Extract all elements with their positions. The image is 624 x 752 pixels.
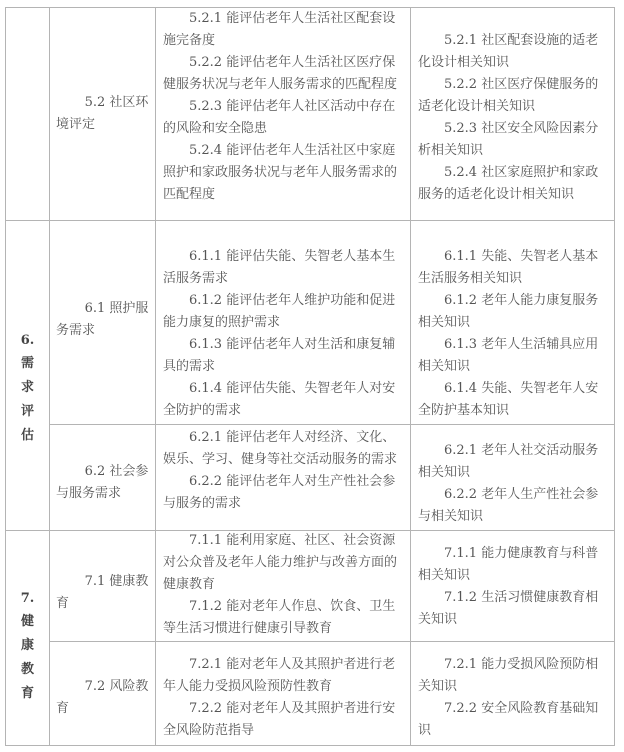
skill-item: 6.1.1 能评估失能、失智老人基本生活服务需求 [163, 246, 405, 290]
knowledge-item: 7.1.1 能力健康教育与科普相关知识 [418, 543, 610, 587]
knowledge-item: 6.1.3 老年人生活辅具应用相关知识 [418, 334, 610, 378]
knowledge-cell: 7.2.1 能力受损风险预防相关知识 7.2.2 安全风险教育基础知识 [413, 654, 615, 742]
skill-cell: 7.1.1 能利用家庭、社区、社会资源对公众普及老年人能力维护与改善方面的健康教… [158, 530, 410, 640]
subcategory-cell: 6.2 社会参与服务需求 [52, 461, 155, 505]
subcategory-label: 6.1 照护服务需求 [56, 298, 151, 342]
subcategory-cell: 5.2 社区环境评定 [52, 92, 155, 136]
subcategory-label: 5.2 社区环境评定 [56, 92, 151, 136]
column-divider [410, 8, 411, 745]
category-char: 健 [6, 610, 49, 634]
subcategory-label: 7.1 健康教育 [56, 571, 151, 615]
skill-item: 5.2.1 能评估老年人生活社区配套设施完备度 [163, 8, 405, 52]
knowledge-item: 6.1.2 老年人能力康复服务相关知识 [418, 290, 610, 334]
column-divider [155, 8, 156, 745]
competency-table: 5.2 社区环境评定 5.2.1 能评估老年人生活社区配套设施完备度 5.2.2… [5, 7, 615, 746]
row-divider [6, 220, 614, 221]
skill-item: 6.1.2 能评估老年人维护功能和促进能力康复的照护需求 [163, 290, 405, 334]
row-divider [49, 424, 614, 425]
category-char: 教 [6, 658, 49, 682]
skill-item: 6.2.1 能评估老年人对经济、文化、娱乐、学习、健身等社交活动服务的需求 [163, 427, 405, 471]
knowledge-item: 7.2.1 能力受损风险预防相关知识 [418, 654, 610, 698]
knowledge-item: 6.1.1 失能、失智老人基本生活服务相关知识 [418, 246, 610, 290]
knowledge-item: 7.2.2 安全风险教育基础知识 [418, 698, 610, 742]
category-char: 评 [6, 400, 49, 424]
subcategory-cell: 6.1 照护服务需求 [52, 298, 155, 342]
skill-item: 5.2.2 能评估老年人生活社区医疗保健服务状况与老年人服务需求的匹配程度 [163, 52, 405, 96]
knowledge-cell: 7.1.1 能力健康教育与科普相关知识 7.1.2 生活习惯健康教育相关知识 [413, 543, 615, 631]
knowledge-item: 5.2.1 社区配套设施的适老化设计相关知识 [418, 30, 610, 74]
category-char: 估 [6, 424, 49, 448]
subcategory-label: 7.2 风险教育 [56, 676, 151, 720]
skill-cell: 6.1.1 能评估失能、失智老人基本生活服务需求 6.1.2 能评估老年人维护功… [158, 246, 410, 422]
skill-item: 7.1.2 能对老年人作息、饮食、卫生等生活习惯进行健康引导教育 [163, 596, 405, 640]
category-char: 康 [6, 634, 49, 658]
category-cell: 6. 需 求 评 估 [6, 330, 49, 448]
subcategory-label: 6.2 社会参与服务需求 [56, 461, 151, 505]
skill-item: 6.1.4 能评估失能、失智老年人对安全防护的需求 [163, 378, 405, 422]
subcategory-cell: 7.1 健康教育 [52, 571, 155, 615]
knowledge-item: 6.2.1 老年人社交活动服务相关知识 [418, 440, 610, 484]
skill-cell: 6.2.1 能评估老年人对经济、文化、娱乐、学习、健身等社交活动服务的需求 6.… [158, 427, 410, 515]
knowledge-cell: 5.2.1 社区配套设施的适老化设计相关知识 5.2.2 社区医疗保健服务的适老… [413, 30, 615, 206]
knowledge-item: 6.1.4 失能、失智老年人安全防护基本知识 [418, 378, 610, 422]
skill-item: 7.1.1 能利用家庭、社区、社会资源对公众普及老年人能力维护与改善方面的健康教… [163, 530, 405, 596]
skill-item: 7.2.2 能对老年人及其照护者进行安全风险防范指导 [163, 698, 405, 742]
knowledge-item: 7.1.2 生活习惯健康教育相关知识 [418, 587, 610, 631]
skill-cell: 5.2.1 能评估老年人生活社区配套设施完备度 5.2.2 能评估老年人生活社区… [158, 8, 410, 206]
skill-item: 5.2.4 能评估老年人生活社区中家庭照护和家政服务状况与老年人服务需求的匹配程… [163, 140, 405, 206]
knowledge-item: 5.2.2 社区医疗保健服务的适老化设计相关知识 [418, 74, 610, 118]
skill-item: 6.1.3 能评估老年人对生活和康复辅具的需求 [163, 334, 405, 378]
knowledge-item: 5.2.4 社区家庭照护和家政服务的适老化设计相关知识 [418, 162, 610, 206]
knowledge-item: 5.2.3 社区安全风险因素分析相关知识 [418, 118, 610, 162]
category-char: 育 [6, 682, 49, 706]
category-number: 6. [6, 330, 49, 352]
category-number: 7. [6, 588, 49, 610]
knowledge-cell: 6.1.1 失能、失智老人基本生活服务相关知识 6.1.2 老年人能力康复服务相… [413, 246, 615, 422]
skill-item: 7.2.1 能对老年人及其照护者进行老年人能力受损风险预防性教育 [163, 654, 405, 698]
category-cell: 7. 健 康 教 育 [6, 588, 49, 706]
category-char: 需 [6, 352, 49, 376]
subcategory-cell: 7.2 风险教育 [52, 676, 155, 720]
column-divider [49, 8, 50, 745]
knowledge-item: 6.2.2 老年人生产性社会参与相关知识 [418, 484, 610, 528]
skill-item: 6.2.2 能评估老年人对生产性社会参与服务的需求 [163, 471, 405, 515]
skill-item: 5.2.3 能评估老年人社区活动中存在的风险和安全隐患 [163, 96, 405, 140]
skill-cell: 7.2.1 能对老年人及其照护者进行老年人能力受损风险预防性教育 7.2.2 能… [158, 654, 410, 742]
category-char: 求 [6, 376, 49, 400]
row-divider [49, 641, 614, 642]
knowledge-cell: 6.2.1 老年人社交活动服务相关知识 6.2.2 老年人生产性社会参与相关知识 [413, 440, 615, 528]
